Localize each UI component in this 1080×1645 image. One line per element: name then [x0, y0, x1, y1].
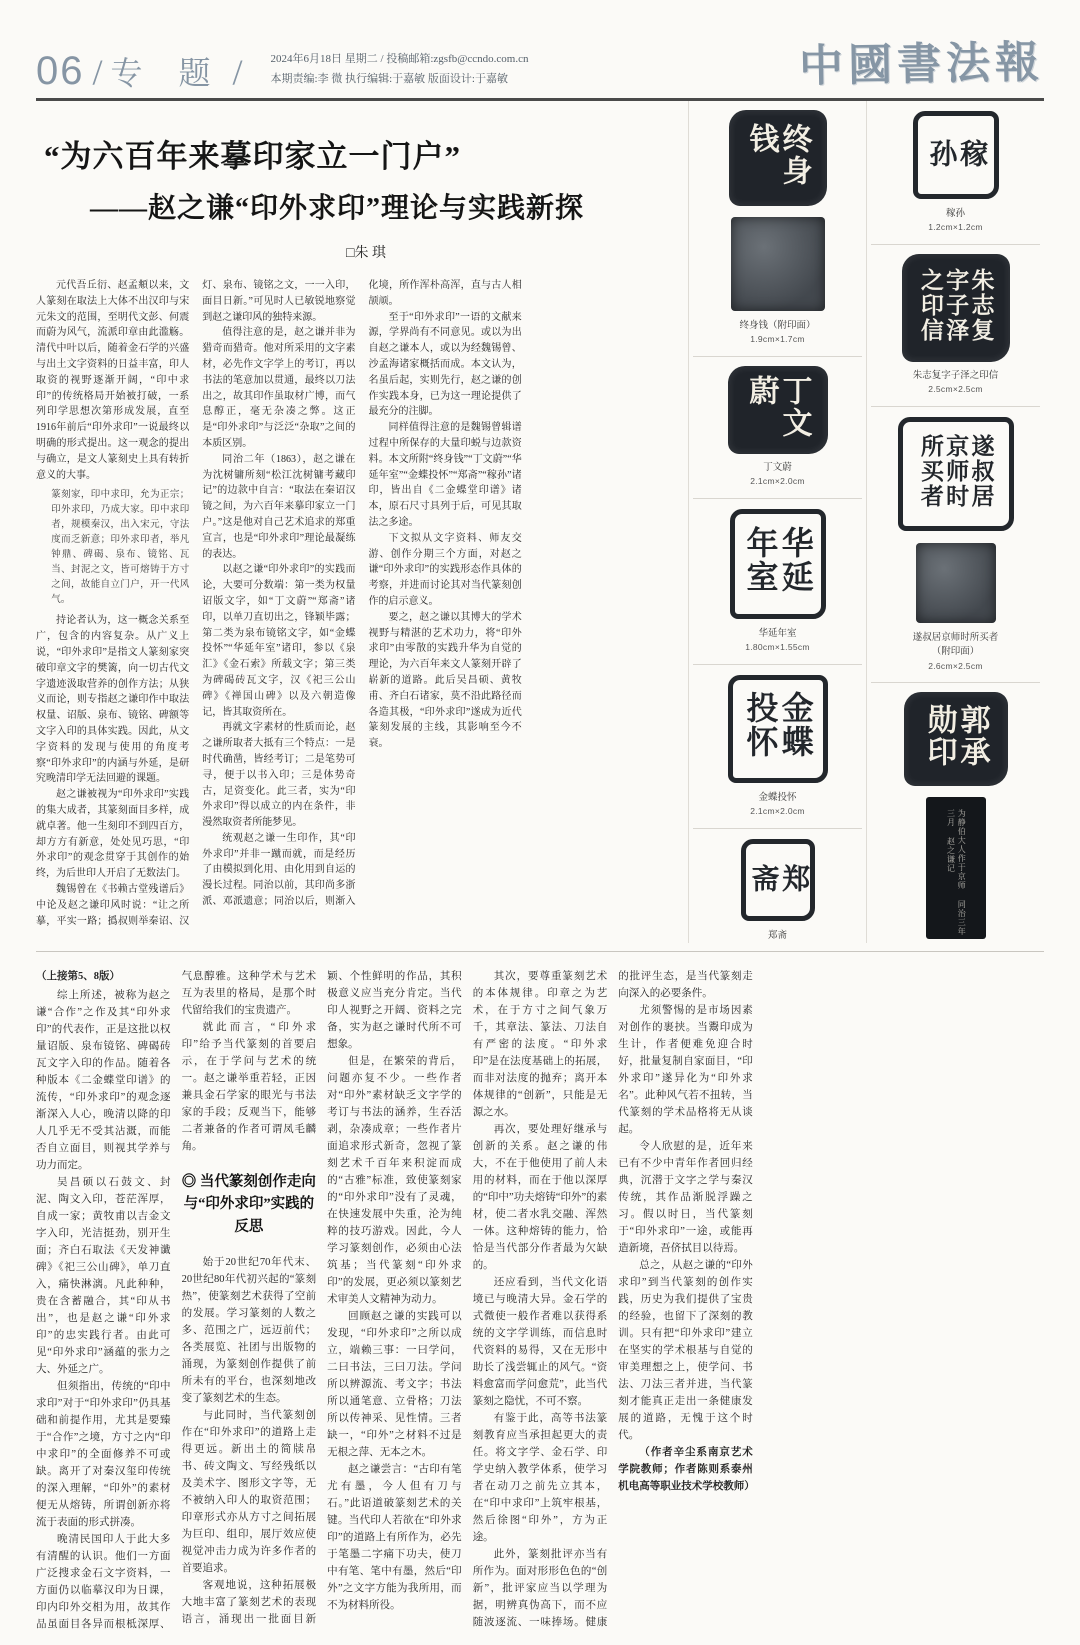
seal-caption: 郑斋0.9cm×1.1cm	[750, 929, 805, 943]
main-article-area: “为六百年来摹印家立一门户” ——赵之谦“印外求印”理论与实践新探 □朱 琪 元…	[36, 101, 1044, 943]
paragraph: 回顾赵之谦的实践可以发现，“印外求印”之所以成立，端赖三事：一曰学问，二曰书法，…	[327, 1308, 462, 1461]
seal-caption: 朱志复字子泽之印信2.5cm×2.5cm	[913, 369, 999, 396]
paragraph: 始于20世纪70年代末、20世纪80年代初兴起的“篆刻热”，使篆刻艺术获得了空前…	[182, 1254, 317, 1407]
paragraph: 同治二年（1863），赵之谦在为沈树镛所刻“松江沈树镛考藏印记”的边款中自言：“…	[202, 452, 355, 563]
seal-size: 2.1cm×2.0cm	[750, 475, 805, 488]
seal-figure: 郭承勋印为静伯大人作于京师 同治三年三月 赵之谦记郭承勋印（附边款）2.5cm×…	[871, 683, 1040, 943]
seal-figure: 金蝶投怀金蝶投怀2.1cm×2.0cm	[693, 665, 862, 829]
paragraph: 尤须警惕的是市场因素对创作的裹挟。当鬻印成为生计，作者便难免迎合时好，批量复制自…	[618, 1002, 753, 1138]
paragraph: 其次，要尊重篆刻艺术的本体规律。印章之为艺术，在于方寸之间气象万千，其章法、篆法…	[473, 968, 608, 1121]
seal-figure: 稼孙稼孙1.2cm×1.2cm	[871, 101, 1040, 245]
paragraph: 再次，要处理好继承与创新的关系。赵之谦的伟大，不在于他使用了前人未用的材料，而在…	[473, 1121, 608, 1274]
seal-stone-face	[916, 543, 996, 623]
page-header: 06 / 专 题 / 2024年6月18日 星期二 / 投稿邮箱:zgsfb@c…	[36, 0, 1044, 94]
seal-zone: 终身钱终身钱（附印面）1.9cm×1.7cm丁文蔚丁文蔚2.1cm×2.0cm华…	[688, 101, 1044, 943]
seal-impression: 遂叔居京师时所买者	[898, 417, 1014, 531]
article-title-block: “为六百年来摹印家立一门户” ——赵之谦“印外求印”理论与实践新探 □朱 琪	[36, 101, 688, 278]
seal-size: 2.6cm×2.5cm	[913, 660, 999, 673]
page-number: 06	[36, 49, 85, 94]
article-zone: “为六百年来摹印家立一门户” ——赵之谦“印外求印”理论与实践新探 □朱 琪 元…	[36, 101, 688, 943]
paragraph: 持论者认为，这一概念关系至广，包含的内容复杂。从广义上说，“印外求印”是指文人篆…	[36, 613, 189, 787]
article-title: “为六百年来摹印家立一门户”	[44, 131, 688, 176]
paragraph: 令人欣慰的是，近年来已有不少中青年作者回归经典，沉潜于文字之学与秦汉传统，其作品…	[618, 1138, 753, 1257]
paragraph: 但须指出，传统的“印中求印”对于“印外求印”仍具基础和前提作用，尤其是要臻于“合…	[36, 1378, 171, 1531]
paragraph: 吴昌硕以石鼓文、封泥、陶文入印，苍茫浑厚，自成一家；黄牧甫以吉金文字入印，光洁挺…	[36, 1174, 171, 1378]
paragraph: 还应看到，当代文化语境已与晚清大异。金石学的式微使一般作者难以获得系统的文字学训…	[473, 1274, 608, 1410]
bottom-columns: （上接第5、8版） 综上所述，被称为赵之谦“合作”之作及其“印外求印”的代表作，…	[36, 968, 1044, 1640]
article-columns: 元代吾丘衍、赵孟頫以来，文人篆刻在取法上大体不出汉印与宋元朱文的范围，至明代文彭…	[36, 278, 688, 938]
seal-caption: 金蝶投怀2.1cm×2.0cm	[750, 791, 805, 818]
seal-column-1: 终身钱终身钱（附印面）1.9cm×1.7cm丁文蔚丁文蔚2.1cm×2.0cm华…	[688, 101, 866, 943]
paragraph: 要之，赵之谦以其博大的学术视野与精湛的艺术功力，将“印外求印”由零散的实践升华为…	[369, 610, 522, 752]
seal-size: 1.9cm×1.7cm	[739, 333, 815, 346]
newspaper-page: 06 / 专 题 / 2024年6月18日 星期二 / 投稿邮箱:zgsfb@c…	[0, 0, 1080, 1645]
paragraph: 下文拟从文字资料、师友交游、创作分期三个方面，对赵之谦“印外求印”的实践形态作具…	[369, 531, 522, 610]
seal-impression: 金蝶投怀	[728, 675, 828, 783]
seal-impression: 稼孙	[913, 111, 999, 199]
divider-slash: /	[233, 51, 243, 93]
seal-size: 2.5cm×2.5cm	[913, 383, 999, 396]
seal-impression: 郑斋	[741, 839, 815, 921]
seal-column-2: 稼孙稼孙1.2cm×1.2cm朱志复字子泽之印信朱志复字子泽之印信2.5cm×2…	[866, 101, 1044, 943]
paragraph: 同样值得注意的是魏锡曾辑谱过程中所保存的大量印蜕与边款资料。本文所附“终身钱”“…	[369, 420, 522, 531]
seal-size: 2.1cm×2.0cm	[750, 805, 805, 818]
paragraph: 赵之谦尝言：“古印有笔尤有墨，今人但有刀与石。”此语道破篆刻艺术的关键。当代印人…	[327, 1461, 462, 1614]
seal-figure: 终身钱终身钱（附印面）1.9cm×1.7cm	[693, 101, 862, 357]
seal-figure: 遂叔居京师时所买者遂叔居京师时所买者（附印面）2.6cm×2.5cm	[871, 407, 1040, 683]
seal-caption: 稼孙1.2cm×1.2cm	[928, 207, 983, 234]
paragraph: 再就文字素材的性质而论，赵之谦所取者大抵有三个特点：一是时代确凿，皆经考订；二是…	[202, 720, 355, 831]
newspaper-logo: 中國書法報	[798, 26, 1044, 96]
seal-impression: 华延年室	[730, 509, 826, 619]
seal-figure: 郑斋郑斋0.9cm×1.1cm	[693, 829, 862, 943]
seal-impression: 丁文蔚	[729, 367, 827, 453]
bottom-article: （上接第5、8版） 综上所述，被称为赵之谦“合作”之作及其“印外求印”的代表作，…	[36, 951, 1044, 1640]
header-meta: 2024年6月18日 星期二 / 投稿邮箱:zgsfb@ccndo.com.cn…	[271, 50, 529, 94]
paragraph: 至于“印外求印”一语的文献来源，学界尚有不同意见。或以为出自赵之谦本人，或以为经…	[369, 310, 522, 421]
seal-caption: 丁文蔚2.1cm×2.0cm	[750, 461, 805, 488]
seal-stone-face	[731, 217, 825, 311]
page-number-block: 06 / 专 题 /	[36, 48, 251, 94]
paragraph: 以赵之谦“印外求印”的实践而论，大要可分数端：第一类为权量诏版文字，如“丁文蔚”…	[202, 562, 355, 720]
paragraph: 赵之谦被视为“印外求印”实践的集大成者，其篆刻面目多样，成就卓著。他一生刻印不到…	[36, 787, 189, 882]
paragraph: 值得注意的是，赵之谦并非为猎奇而猎奇。他对所采用的文字素材，必先作文字学上的考订…	[202, 325, 355, 451]
quote-block: 篆刻家，印中求印，允为正宗；印外求印，乃成大家。印中求印者，规模秦汉，出入宋元，…	[36, 488, 189, 608]
seal-size: 1.80cm×1.55cm	[745, 641, 810, 654]
seal-impression: 朱志复字子泽之印信	[903, 255, 1009, 361]
author-credit: （作者辛尘系南京艺术学院教师；作者陈则系泰州机电高等职业技术学校教师）	[618, 1444, 753, 1495]
paragraph: 元代吾丘衍、赵孟頫以来，文人篆刻在取法上大体不出汉印与宋元朱文的范围，至明代文彭…	[36, 278, 189, 483]
article-subtitle: ——赵之谦“印外求印”理论与实践新探	[90, 186, 688, 226]
seal-size: 1.2cm×1.2cm	[928, 221, 983, 234]
continued-note: （上接第5、8版）	[36, 968, 171, 985]
subhead-line2: 与“印外求印”实践的反思	[182, 1193, 317, 1238]
section-subhead: ◎ 当代篆刻创作走向 与“印外求印”实践的反思	[182, 1171, 317, 1238]
editors-line: 本期责编:李 微 执行编辑:于嘉敏 版面设计:于嘉敏	[271, 70, 529, 90]
paragraph: 就此而言，“印外求印”给予当代篆刻的首要启示，在于学问与艺术的统一。赵之谦举重若…	[182, 1019, 317, 1155]
seal-figure: 丁文蔚丁文蔚2.1cm×2.0cm	[693, 357, 862, 499]
subhead-line1: ◎ 当代篆刻创作走向	[182, 1171, 317, 1193]
paragraph: 总之，从赵之谦的“印外求印”到当代篆刻的创作实践，历史为我们提供了宝贵的经验，也…	[618, 1257, 753, 1444]
seal-impression: 终身钱	[730, 111, 826, 205]
paragraph: 与此同时，当代篆刻创作在“印外求印”的道路上走得更远。新出土的简牍帛书、砖文陶文…	[182, 1407, 317, 1577]
seal-figure: 华延年室华延年室1.80cm×1.55cm	[693, 499, 862, 665]
date-line: 2024年6月18日 星期二 / 投稿邮箱:zgsfb@ccndo.com.cn	[271, 50, 529, 70]
seal-caption: 终身钱（附印面）1.9cm×1.7cm	[739, 319, 815, 346]
paragraph: 但是，在繁荣的背后，问题亦复不少。一些作者对“印外”素材缺乏文字学的考订与书法的…	[327, 1053, 462, 1308]
seal-edge-inscription: 为静伯大人作于京师 同治三年三月 赵之谦记	[926, 797, 986, 939]
divider-slash: /	[93, 51, 103, 93]
seal-caption: 华延年室1.80cm×1.55cm	[745, 627, 810, 654]
section-title: 专 题	[111, 48, 225, 94]
seal-impression: 郭承勋印	[905, 693, 1007, 785]
paragraph: 有鉴于此，高等书法篆刻教育应当承担起更大的责任。将文字学、金石学、印学史纳入教学…	[473, 1410, 608, 1546]
seal-figure: 朱志复字子泽之印信朱志复字子泽之印信2.5cm×2.5cm	[871, 245, 1040, 407]
seal-caption: 遂叔居京师时所买者（附印面）2.6cm×2.5cm	[913, 631, 999, 672]
paragraph: 综上所述，被称为赵之谦“合作”之作及其“印外求印”的代表作，正是这批以权量诏版、…	[36, 987, 171, 1174]
byline: □朱 琪	[44, 242, 688, 262]
